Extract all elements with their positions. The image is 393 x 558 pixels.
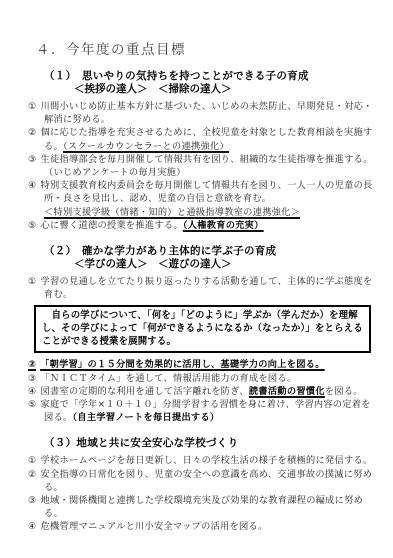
item-list: ①学校ホームページを毎日更新し、日々の学校生活の様子を積極的に発信する。②安全指…: [28, 454, 375, 533]
text-segment: 「ＮＩＣＴタイム」を通して、情報活用能力の育成を図る。: [41, 373, 297, 384]
goal-item: ④図書室の定期的な利用を通して活字離れを防ぎ、読書活動の習慣化を図る。: [28, 385, 375, 398]
section: （３）地域と共に安全安心な学校づくり①学校ホームページを毎日更新し、日々の学校生…: [28, 437, 375, 533]
goal-item: ⑤心に響く道徳の授業を推進する。（人権教育の充実）: [28, 219, 375, 232]
text-segment: 心に響く道徳の授業を推進する。: [41, 220, 183, 231]
item-marker: ④: [28, 180, 37, 191]
goal-item: ⑤家庭で「学年×１０＋１０」分間学習する習慣を身に着け、学習内容の定着を図る。（…: [28, 398, 375, 424]
item-marker: ⑤: [28, 399, 37, 410]
item-marker: ①: [28, 101, 37, 112]
document-page: ４．今年度の重点目標 （１） 思いやりの気持ちを持つことができる子の育成＜挨拶の…: [0, 0, 393, 558]
text-segment: 学習の見通しを立てたり振り返ったりする活動を通して、主体的に学ぶ態度を育む。: [41, 276, 373, 300]
text-segment: 「朝学習」の１５分間を効果的に活用し、基礎学力の向上を図る。: [40, 359, 325, 370]
goal-item: ②安全指導の日常化を図り、児童の安全への意識を高め、交通事故の撲滅に努める。: [28, 468, 375, 494]
item-marker: ③: [28, 373, 37, 384]
sections: （１） 思いやりの気持ちを持つことができる子の育成＜挨拶の達人＞ ＜掃除の達人＞…: [28, 70, 375, 534]
text-segment: （自主学習ノートを毎日提出する）: [72, 412, 219, 423]
text-segment: 読書活動の習慣化: [249, 386, 325, 397]
section: （２） 確かな学力があり主体的に学ぶ子の育成＜学びの達人＞ ＜遊びの達人＞①学習…: [28, 245, 375, 424]
text-segment: 危機管理マニュアルと川小安全マップの活用を図る。: [41, 521, 268, 532]
item-marker: ⑤: [28, 220, 37, 231]
item-marker: ①: [28, 455, 37, 466]
section-heading: （２） 確かな学力があり主体的に学ぶ子の育成: [44, 245, 375, 258]
text-segment: を図る。: [325, 386, 363, 397]
goal-item: ①川間小いじめ防止基本方針に基づいた、いじめの未然防止、早期発見・対応・解消に努…: [28, 100, 375, 126]
item-marker: ④: [28, 521, 37, 532]
item-subline: ＜特別支援学級（情緒・知的）と通級指導教室の連携強化＞: [28, 206, 375, 219]
item-marker: ②: [28, 469, 37, 480]
section: （１） 思いやりの気持ちを持つことができる子の育成＜挨拶の達人＞ ＜掃除の達人＞…: [28, 70, 375, 232]
text-segment: 川間小いじめ防止基本方針に基づいた、いじめの未然防止、早期発見・対応・解消に努め…: [41, 101, 373, 125]
item-list: ①学習の見通しを立てたり振り返ったりする活動を通して、主体的に学ぶ態度を育む。 …: [28, 275, 375, 424]
text-segment: 特別支援教育校内委員会を毎月開催して情報共有を図り、一人一人の児童の長所・良さを…: [41, 180, 373, 204]
text-segment: （スクールカウンセラーとの連携強化）: [63, 141, 229, 152]
item-list: ①川間小いじめ防止基本方針に基づいた、いじめの未然防止、早期発見・対応・解消に努…: [28, 100, 375, 232]
goal-item: ②「朝学習」の１５分間を効果的に活用し、基礎学力の向上を図る。: [28, 358, 375, 371]
text-segment: 学校ホームページを毎日更新し、日々の学校生活の様子を積極的に発信する。: [41, 455, 373, 466]
item-marker: ③: [28, 154, 37, 165]
section-heading: （３）地域と共に安全安心な学校づくり: [44, 437, 375, 450]
section-subheading: ＜学びの達人＞ ＜遊びの達人＞: [74, 258, 375, 271]
item-marker: ④: [28, 386, 37, 397]
text-segment: 地域・関係機関と連携した学校環境充実及び効果的な教育課程の編成に努める。: [41, 495, 364, 519]
item-marker: ②: [28, 359, 36, 370]
text-segment: 図書室の定期的な利用を通して活字離れを防ぎ、: [41, 386, 249, 397]
goal-item: ②個に応じた指導を充実させるために、全校児童を対象とした教育相談を実施する。（ス…: [28, 126, 375, 152]
goal-item: ③生徒指導部会を毎月開催して情報共有を図り、組織的な生徒指導を推進する。（いじめ…: [28, 153, 375, 179]
goal-item: ④特別支援教育校内委員会を毎月開催して情報共有を図り、一人一人の児童の長所・良さ…: [28, 179, 375, 205]
item-marker: ②: [28, 127, 37, 138]
text-segment: ＜特別支援学級（情緒・知的）と通級指導教室の連携強化＞: [44, 207, 300, 218]
section-heading: （１） 思いやりの気持ちを持つことができる子の育成: [44, 70, 375, 83]
item-marker: ①: [28, 276, 37, 287]
goal-item: ①学習の見通しを立てたり振り返ったりする活動を通して、主体的に学ぶ態度を育む。: [28, 275, 375, 301]
goal-item: ④危機管理マニュアルと川小安全マップの活用を図る。: [28, 520, 375, 533]
text-segment: 自らの学びについて、「何を」「どのように」学ぶか（学んだか）を理解し、その学びに…: [42, 310, 363, 347]
goal-item: ③地域・関係機関と連携した学校環境充実及び効果的な教育課程の編成に努める。: [28, 494, 375, 520]
goal-item: ①学校ホームページを毎日更新し、日々の学校生活の様子を積極的に発信する。: [28, 454, 375, 467]
goal-item: ③「ＮＩＣＴタイム」を通して、情報活用能力の育成を図る。: [28, 372, 375, 385]
text-segment: 生徒指導部会を毎月開催して情報共有を図り、組織的な生徒指導を推進する。（いじめア…: [41, 154, 373, 178]
text-segment: （人権教育の充実）: [183, 220, 264, 231]
section-subheading: ＜挨拶の達人＞ ＜掃除の達人＞: [74, 83, 375, 96]
text-segment: 安全指導の日常化を図り、児童の安全への意識を高め、交通事故の撲滅に努める。: [41, 469, 373, 493]
page-title: ４．今年度の重点目標: [36, 38, 375, 58]
item-marker: ③: [28, 495, 37, 506]
highlight-box: 自らの学びについて、「何を」「どのように」学ぶか（学んだか）を理解し、その学びに…: [34, 305, 371, 353]
